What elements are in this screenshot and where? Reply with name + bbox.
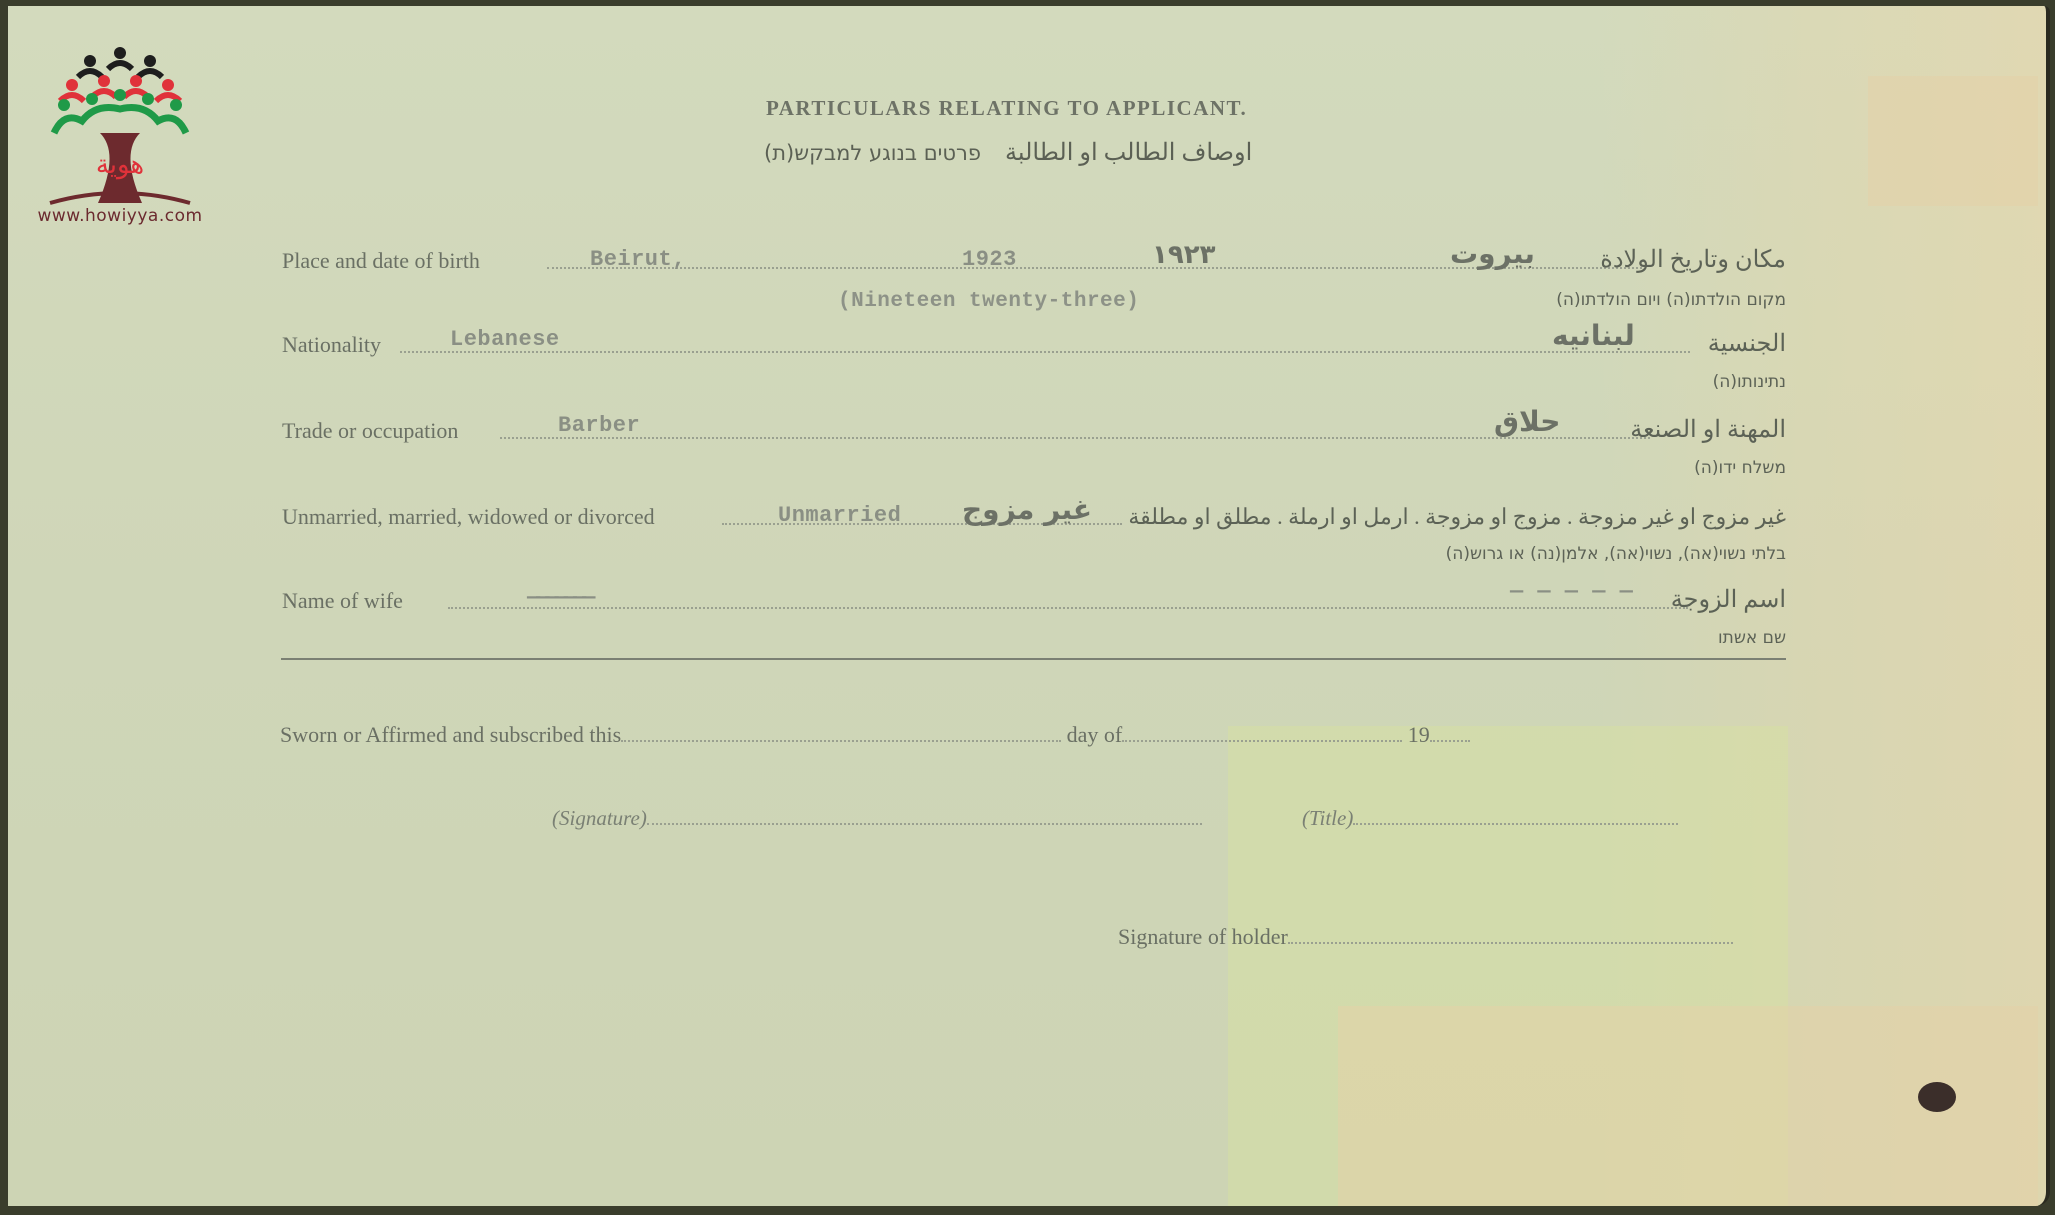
day-of-label: day of xyxy=(1067,722,1123,747)
document-page: هوية www.howiyya.com PARTICULARS RELATIN… xyxy=(8,6,2050,1206)
marital-row: Unmarried, married, widowed or divorced … xyxy=(282,500,1786,530)
signature-label: (Signature) xyxy=(552,806,647,830)
birth-place-value: Beirut, xyxy=(590,247,686,272)
title-field[interactable] xyxy=(1353,823,1678,825)
occupation-label: Trade or occupation xyxy=(282,418,458,444)
occupation-row: Trade or occupation Barber حلاق المهنة ا… xyxy=(282,414,1786,444)
year-field[interactable] xyxy=(1430,740,1470,742)
birth-year-arabic: ١٩٢٣ xyxy=(1152,240,1215,270)
marital-arabic-value: غير مزوج xyxy=(962,493,1092,526)
howiyya-logo-icon: هوية xyxy=(30,28,210,228)
birth-label: Place and date of birth xyxy=(282,248,480,274)
year-prefix: 19 xyxy=(1408,722,1430,747)
holder-signature-label: Signature of holder xyxy=(1118,924,1288,949)
wife-row: Name of wife ——————— — — — — — اسم الزوج… xyxy=(282,584,1786,614)
signature-field[interactable] xyxy=(647,823,1202,825)
marital-label: Unmarried, married, widowed or divorced xyxy=(282,504,655,530)
document-title-rtl: اوصاف الطالب او الطالبة פרטים בנוגע למבק… xyxy=(764,138,1252,167)
birth-label-hebrew: מקום הולדתו(ה) ויום הולדתו(ה) xyxy=(1556,290,1786,310)
nationality-label: Nationality xyxy=(282,332,381,358)
nationality-arabic-value: لبنانيه xyxy=(1552,319,1635,352)
paper-stain xyxy=(1868,76,2038,206)
wife-value: ——————— xyxy=(527,585,591,610)
occupation-label-arabic: المهنة او الصنعة xyxy=(1630,415,1786,444)
sworn-line: Sworn or Affirmed and subscribed this da… xyxy=(280,722,1470,748)
occupation-label-hebrew: משלח ידו(ה) xyxy=(1694,458,1786,478)
wife-arabic-value: — — — — — xyxy=(1510,579,1633,604)
fill-line xyxy=(500,437,1650,439)
marital-label-arabic: غير مزوج او غير مزوجة . مزوج او مزوجة . … xyxy=(1128,504,1786,530)
title-label: (Title) xyxy=(1302,806,1353,830)
birth-place-arabic: بيروت xyxy=(1450,237,1535,270)
fill-line xyxy=(400,351,1690,353)
wife-label-hebrew: שם אשתו xyxy=(1718,628,1786,648)
nationality-row: Nationality Lebanese لبنانيه الجنسية xyxy=(282,328,1786,358)
wife-label: Name of wife xyxy=(282,588,403,614)
marital-value: Unmarried xyxy=(778,503,901,528)
birth-row: Place and date of birth Beirut, 1923 ١٩٢… xyxy=(282,244,1786,274)
month-field[interactable] xyxy=(1122,740,1402,742)
section-divider xyxy=(281,658,1786,660)
document-title: PARTICULARS RELATING TO APPLICANT. xyxy=(766,96,1247,121)
svg-text:هوية: هوية xyxy=(96,150,144,180)
wife-label-arabic: اسم الزوجة xyxy=(1671,585,1786,614)
title-hebrew: פרטים בנוגע למבקש(ת) xyxy=(764,141,981,165)
birth-label-arabic: مكان وتاريخ الولادة xyxy=(1600,245,1786,274)
day-field[interactable] xyxy=(621,740,1061,742)
title-line: (Title) xyxy=(1302,806,1678,831)
birth-year-value: 1923 xyxy=(962,247,1017,272)
nationality-label-arabic: الجنسية xyxy=(1708,329,1786,358)
watermark-url: www.howiyya.com xyxy=(30,206,210,226)
holder-signature-line: Signature of holder xyxy=(1118,924,1733,950)
occupation-value: Barber xyxy=(558,413,640,438)
fill-line xyxy=(448,607,1688,609)
holder-signature-field[interactable] xyxy=(1288,942,1733,944)
punch-hole xyxy=(1918,1082,1956,1112)
occupation-arabic-value: حلاق xyxy=(1494,405,1560,438)
title-arabic: اوصاف الطالب او الطالبة xyxy=(1005,140,1252,166)
sworn-label: Sworn or Affirmed and subscribed this xyxy=(280,722,621,747)
signature-line: (Signature) xyxy=(552,806,1202,831)
nationality-value: Lebanese xyxy=(450,327,560,352)
nationality-label-hebrew: נתינותו(ה) xyxy=(1713,372,1786,392)
marital-label-hebrew: בלתי נשוי(אה), נשוי(אה), אלמן(נה) או גרו… xyxy=(1446,544,1786,564)
